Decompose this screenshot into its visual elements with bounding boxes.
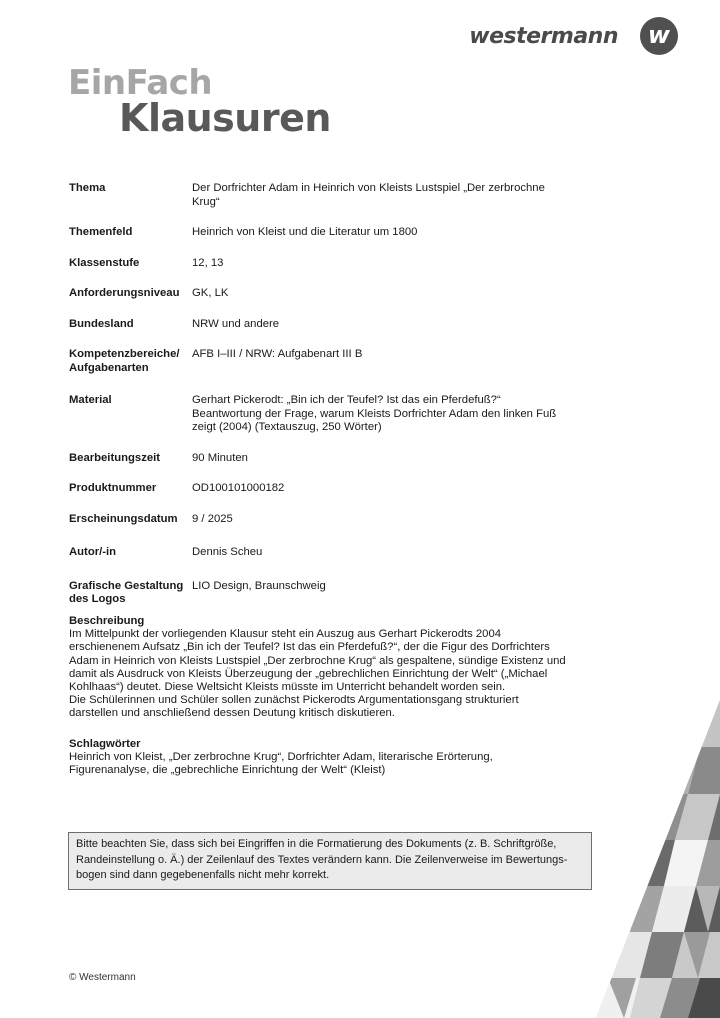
meta-key: Bundesland — [69, 318, 192, 332]
meta-key: Thema — [69, 182, 192, 209]
schlagwoerter-section: Schlagwörter Heinrich von Kleist, „Der z… — [69, 738, 569, 778]
meta-row-klassenstufe: Klassenstufe 12, 13 — [69, 257, 569, 271]
series-title-line1: EinFach — [68, 66, 331, 100]
meta-key: Klassenstufe — [69, 257, 192, 271]
beschreibung-paragraph-1: Im Mittelpunkt der vorliegenden Klausur … — [69, 628, 569, 694]
meta-row-grafische-gestaltung: Grafische Gestaltung des Logos LIO Desig… — [69, 580, 569, 607]
series-title-line2: Klausuren — [119, 99, 331, 137]
meta-value: AFB I–III / NRW: Aufgabenart III B — [192, 348, 569, 375]
meta-value: 12, 13 — [192, 257, 569, 271]
publisher-wordmark: westermann — [469, 24, 618, 49]
westermann-logo-icon: w — [640, 17, 678, 55]
meta-key: Autor/-in — [69, 546, 192, 560]
meta-value: Gerhart Pickerodt: „Bin ich der Teufel? … — [192, 394, 569, 435]
meta-row-themenfeld: Themenfeld Heinrich von Kleist und die L… — [69, 226, 569, 240]
meta-value: LIO Design, Braunschweig — [192, 580, 569, 607]
metadata-table: Thema Der Dorfrichter Adam in Heinrich v… — [69, 182, 569, 607]
copyright-footer: © Westermann — [69, 972, 136, 983]
beschreibung-paragraph-2: Die Schülerinnen und Schüler sollen zunä… — [69, 694, 569, 720]
meta-key: Grafische Gestaltung des Logos — [69, 580, 192, 607]
decorative-triangle-pattern — [560, 700, 720, 1018]
meta-key: Produktnummer — [69, 482, 192, 496]
schlagwoerter-text: Heinrich von Kleist, „Der zerbrochne Kru… — [69, 751, 569, 777]
meta-row-erscheinungsdatum: Erscheinungsdatum 9 / 2025 — [69, 513, 569, 527]
meta-key: Anforderungsniveau — [69, 287, 192, 301]
meta-row-thema: Thema Der Dorfrichter Adam in Heinrich v… — [69, 182, 569, 209]
meta-value: GK, LK — [192, 287, 569, 301]
logo-letter: w — [648, 23, 670, 47]
meta-key: Erscheinungsdatum — [69, 513, 192, 527]
meta-value: Heinrich von Kleist und die Literatur um… — [192, 226, 569, 240]
meta-row-anforderungsniveau: Anforderungsniveau GK, LK — [69, 287, 569, 301]
meta-value: 90 Minuten — [192, 452, 569, 466]
meta-value: Dennis Scheu — [192, 546, 569, 560]
beschreibung-heading: Beschreibung — [69, 615, 569, 628]
meta-row-bearbeitungszeit: Bearbeitungszeit 90 Minuten — [69, 452, 569, 466]
series-title: EinFach Klausuren — [68, 66, 331, 137]
meta-value: 9 / 2025 — [192, 513, 569, 527]
meta-row-material: Material Gerhart Pickerodt: „Bin ich der… — [69, 394, 569, 435]
meta-value: Der Dorfrichter Adam in Heinrich von Kle… — [192, 182, 569, 209]
formatting-notice-box: Bitte beachten Sie, dass sich bei Eingri… — [68, 832, 592, 890]
meta-key: Themenfeld — [69, 226, 192, 240]
meta-row-autor: Autor/-in Dennis Scheu — [69, 546, 569, 560]
meta-key: Material — [69, 394, 192, 435]
meta-value: NRW und andere — [192, 318, 569, 332]
publisher-brand: westermann w — [469, 17, 678, 55]
meta-key: Kompetenzbereiche/ Aufgabenarten — [69, 348, 192, 375]
meta-row-kompetenzbereiche: Kompetenzbereiche/ Aufgabenarten AFB I–I… — [69, 348, 569, 375]
meta-key: Bearbeitungszeit — [69, 452, 192, 466]
meta-row-bundesland: Bundesland NRW und andere — [69, 318, 569, 332]
meta-row-produktnummer: Produktnummer OD100101000182 — [69, 482, 569, 496]
beschreibung-section: Beschreibung Im Mittelpunkt der vorliege… — [69, 615, 569, 721]
schlagwoerter-heading: Schlagwörter — [69, 738, 569, 751]
meta-value: OD100101000182 — [192, 482, 569, 496]
